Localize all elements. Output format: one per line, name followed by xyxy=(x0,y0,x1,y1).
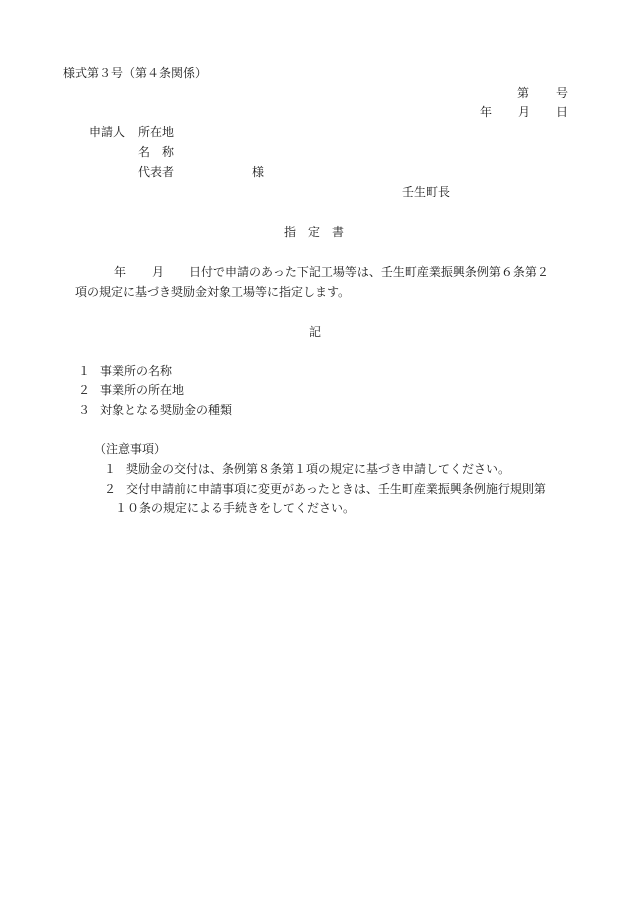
body-date-year: 年 xyxy=(114,266,126,278)
item-text: 事業所の所在地 xyxy=(100,384,184,396)
body-line1: 日付で申請のあった下記工場等は、壬生町産業振興条例第６条第２ xyxy=(189,266,549,278)
note-continuation: １０条の規定による手続きをしてください。 xyxy=(115,502,355,514)
item-text: 事業所の名称 xyxy=(100,365,172,377)
number-suffix: 号 xyxy=(556,87,568,99)
item-number: ２ xyxy=(78,384,90,396)
note-text: 奨励金の交付は、条例第８条第１項の規定に基づき申請してください。 xyxy=(126,463,510,475)
date-month: 月 xyxy=(518,106,530,118)
name-label: 名 称 xyxy=(138,146,174,158)
note-number: １ xyxy=(104,463,116,475)
note-text: 交付申請前に申請事項に変更があったときは、壬生町産業振興条例施行規則第 xyxy=(126,483,546,495)
date-year: 年 xyxy=(480,106,492,118)
applicant-label: 申請人 xyxy=(89,126,125,138)
ki-marker: 記 xyxy=(309,326,321,338)
notes-heading: （注意事項） xyxy=(94,443,166,455)
item-number: ３ xyxy=(78,404,90,416)
body-line2: 項の規定に基づき奨励金対象工場等に指定します。 xyxy=(75,286,350,298)
note-number: ２ xyxy=(104,483,116,495)
document-title: 指 定 書 xyxy=(284,226,344,238)
form-label: 様式第３号（第４条関係） xyxy=(63,67,207,79)
representative-label: 代表者 xyxy=(138,166,174,178)
number-prefix: 第 xyxy=(517,87,529,99)
item-number: １ xyxy=(78,365,90,377)
item-text: 対象となる奨励金の種類 xyxy=(100,404,232,416)
address-label: 所在地 xyxy=(138,126,174,138)
honorific: 様 xyxy=(252,166,264,178)
issuer: 壬生町長 xyxy=(402,186,450,198)
date-day: 日 xyxy=(556,106,568,118)
body-date-month: 月 xyxy=(152,266,164,278)
